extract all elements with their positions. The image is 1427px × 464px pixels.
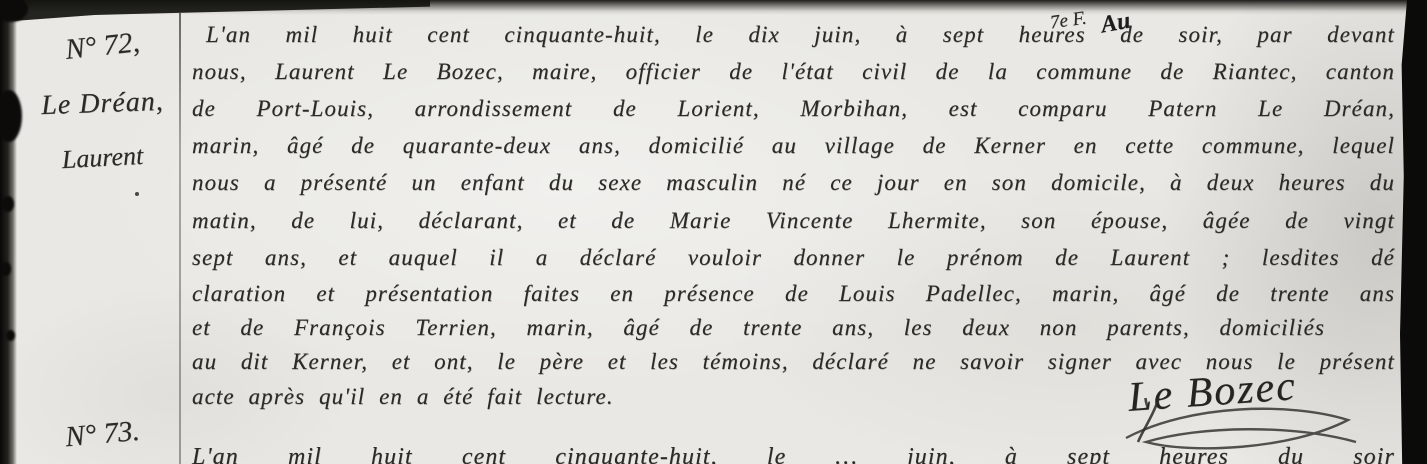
binding-stitch-mark — [6, 330, 15, 341]
margin-rule-line — [179, 13, 181, 464]
manuscript-line: acte après qu'il en a été fait lecture. — [192, 384, 614, 410]
scan-right-dark-edge — [1400, 0, 1427, 464]
manuscript-line: nous, Laurent Le Bozec, maire, officier … — [192, 59, 1395, 85]
binding-stitch-mark — [2, 196, 14, 212]
signature-paraph-flourish — [1120, 398, 1370, 460]
manuscript-line: claration et présentation faites en prés… — [192, 281, 1395, 307]
book-binding-edge — [0, 0, 17, 464]
manuscript-line: matin, de lui, déclarant, et de Marie Vi… — [192, 208, 1395, 234]
manuscript-line: nous a présenté un enfant du sexe mascul… — [192, 170, 1395, 196]
ink-speck — [135, 192, 139, 196]
manuscript-line: marin, âgé de quarante-deux ans, domicil… — [192, 133, 1395, 159]
manuscript-line: sept ans, et auquel il a déclaré vouloir… — [192, 245, 1395, 271]
margin-next-entry-number: N° 73. — [29, 412, 176, 458]
manuscript-line: L'an mil huit cent cinquante-huit, le di… — [192, 22, 1395, 48]
register-page-scan: N° 72, Le Dréan, Laurent N° 73. 7e F. Au… — [0, 0, 1427, 464]
manuscript-line: et de François Terrien, marin, âgé de tr… — [192, 315, 1395, 341]
binding-stitch-mark — [0, 262, 11, 276]
manuscript-line: de Port-Louis, arrondissement de Lorient… — [192, 96, 1395, 122]
binding-ink-blot — [0, 90, 22, 142]
margin-entry-given-name: Laurent — [29, 139, 175, 177]
margin-entry-surname: Le Dréan, — [29, 85, 175, 122]
margin-entry-number: N° 72, — [29, 23, 177, 71]
